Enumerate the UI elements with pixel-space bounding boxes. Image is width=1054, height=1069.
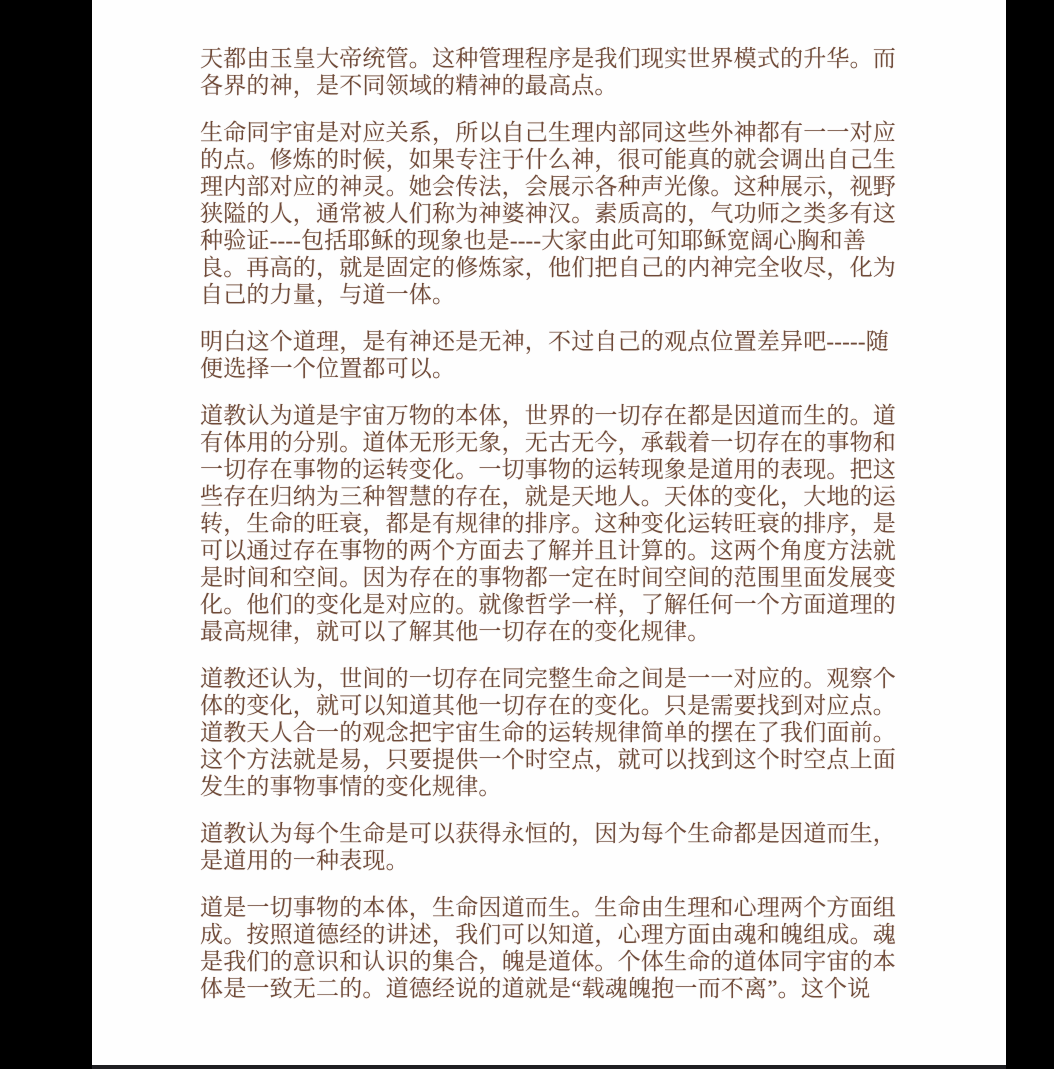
text-line: 自己的力量，与道一体。 [200,281,900,308]
text-line: 天都由玉皇大帝统管。这种管理程序是我们现实世界模式的升华。而 [200,45,900,72]
text-line: 一切存在事物的运转变化。一切事物的运转现象是道用的表现。把这 [200,456,900,483]
text-line: 理内部对应的神灵。她会传法，会展示各种声光像。这种展示，视野 [200,173,900,200]
text-line: 的点。修炼的时候，如果专注于什么神，很可能真的就会调出自己生 [200,146,900,173]
text-line: 体是一致无二的。道德经说的道就是“载魂魄抱一而不离”。这个说 [200,975,900,1002]
document-viewer: 天都由玉皇大帝统管。这种管理程序是我们现实世界模式的升华。而各界的神，是不同领域… [0,0,1054,1069]
paragraph: 生命同宇宙是对应关系，所以自己生理内部同这些外神都有一一对应的点。修炼的时候，如… [200,119,900,308]
text-line: 道教还认为，世间的一切存在同完整生命之间是一一对应的。观察个 [200,665,900,692]
paragraph: 道是一切事物的本体，生命因道而生。生命由生理和心理两个方面组成。按照道德经的讲述… [200,894,900,1002]
paragraph: 明白这个道理，是有神还是无神，不过自己的观点位置差异吧-----随便选择一个位置… [200,328,900,382]
text-line: 可以通过存在事物的两个方面去了解并且计算的。这两个角度方法就 [200,537,900,564]
text-line: 些存在归纳为三种智慧的存在，就是天地人。天体的变化，大地的运 [200,483,900,510]
document-text: 天都由玉皇大帝统管。这种管理程序是我们现实世界模式的升华。而各界的神，是不同领域… [200,45,900,1022]
text-line: 有体用的分别。道体无形无象，无古无今，承载着一切存在的事物和 [200,429,900,456]
text-line: 这个方法就是易，只要提供一个时空点，就可以找到这个时空点上面 [200,746,900,773]
text-line: 是道用的一种表现。 [200,847,900,874]
text-line: 生命同宇宙是对应关系，所以自己生理内部同这些外神都有一一对应 [200,119,900,146]
text-line: 是时间和空间。因为存在的事物都一定在时间空间的范围里面发展变 [200,564,900,591]
page-bottom-edge [92,1065,1006,1069]
text-line: 种验证----包括耶稣的现象也是----大家由此可知耶稣宽阔心胸和善 [200,227,900,254]
text-line: 是我们的意识和认识的集合，魄是道体。个体生命的道体同宇宙的本 [200,948,900,975]
text-line: 体的变化，就可以知道其他一切存在的变化。只是需要找到对应点。 [200,692,900,719]
text-line: 发生的事物事情的变化规律。 [200,773,900,800]
paragraph: 道教认为每个生命是可以获得永恒的，因为每个生命都是因道而生，是道用的一种表现。 [200,820,900,874]
text-line: 良。再高的，就是固定的修炼家，他们把自己的内神完全收尽，化为 [200,254,900,281]
text-line: 道教认为道是宇宙万物的本体，世界的一切存在都是因道而生的。道 [200,402,900,429]
text-line: 便选择一个位置都可以。 [200,355,900,382]
paragraph: 天都由玉皇大帝统管。这种管理程序是我们现实世界模式的升华。而各界的神，是不同领域… [200,45,900,99]
text-line: 明白这个道理，是有神还是无神，不过自己的观点位置差异吧-----随 [200,328,900,355]
document-page: 天都由玉皇大帝统管。这种管理程序是我们现实世界模式的升华。而各界的神，是不同领域… [92,0,1006,1065]
paragraph: 道教还认为，世间的一切存在同完整生命之间是一一对应的。观察个体的变化，就可以知道… [200,665,900,800]
text-line: 最高规律，就可以了解其他一切存在的变化规律。 [200,618,900,645]
text-line: 道教天人合一的观念把宇宙生命的运转规律简单的摆在了我们面前。 [200,719,900,746]
text-line: 各界的神，是不同领域的精神的最高点。 [200,72,900,99]
text-line: 成。按照道德经的讲述，我们可以知道，心理方面由魂和魄组成。魂 [200,921,900,948]
text-line: 道是一切事物的本体，生命因道而生。生命由生理和心理两个方面组 [200,894,900,921]
text-line: 道教认为每个生命是可以获得永恒的，因为每个生命都是因道而生， [200,820,900,847]
text-line: 转，生命的旺衰，都是有规律的排序。这种变化运转旺衰的排序，是 [200,510,900,537]
text-line: 化。他们的变化是对应的。就像哲学一样，了解任何一个方面道理的 [200,591,900,618]
text-line: 狭隘的人，通常被人们称为神婆神汉。素质高的，气功师之类多有这 [200,200,900,227]
paragraph: 道教认为道是宇宙万物的本体，世界的一切存在都是因道而生的。道有体用的分别。道体无… [200,402,900,645]
